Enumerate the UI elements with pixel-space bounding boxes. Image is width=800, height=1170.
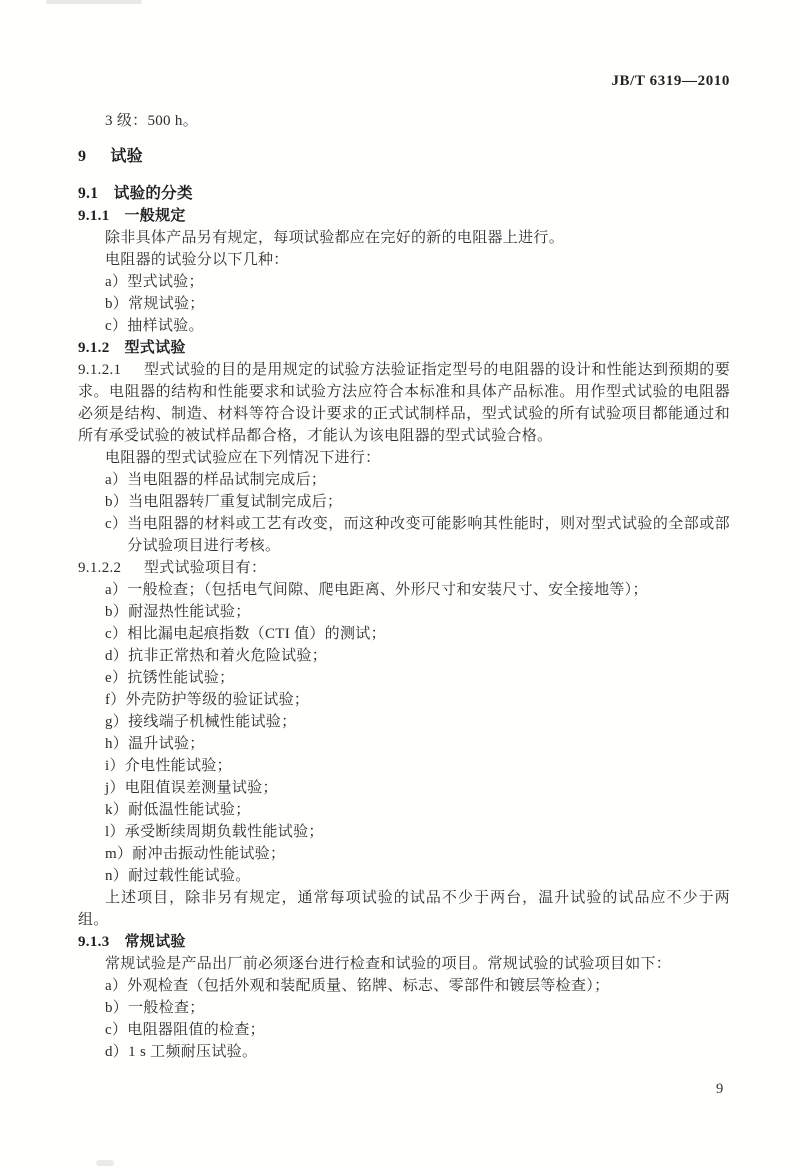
- list-item: d）抗非正常热和着火危险试验；: [78, 645, 730, 667]
- clause-text: 型式试验项目有：: [144, 560, 266, 576]
- list-item-text: 介电性能试验；: [125, 755, 730, 777]
- clause-9-1-2-1: 9.1.2.1型式试验的目的是用规定的试验方法验证指定型号的电阻器的设计和性能达…: [78, 359, 730, 447]
- list-item: b）常规试验；: [78, 293, 730, 315]
- list-item-text: 抗锈性能试验；: [127, 667, 730, 689]
- list-item-text: 相比漏电起痕指数（CTI 值）的测试；: [127, 623, 730, 645]
- heading-title: 试验: [110, 148, 143, 165]
- list-item-label: c）: [105, 1019, 127, 1041]
- list-item-text: 耐冲击振动性能试验；: [132, 843, 730, 865]
- list-item-text: 当电阻器的材料或工艺有改变，而这种改变可能影响其性能时，则对型式试验的全部或部分…: [127, 513, 730, 557]
- list-item-label: a）: [105, 469, 127, 491]
- list-item: f）外壳防护等级的验证试验；: [78, 689, 730, 711]
- list-item: l）承受断续周期负载性能试验；: [78, 821, 730, 843]
- heading-number: 9.1.2: [78, 340, 110, 356]
- paragraph: 电阻器的试验分以下几种：: [78, 249, 730, 271]
- section-9-1-3-heading: 9.1.3常规试验: [78, 931, 730, 953]
- list-item: m）耐冲击振动性能试验；: [78, 843, 730, 865]
- list-item-text: 型式试验；: [127, 271, 730, 293]
- list-item-text: 外观检查（包括外观和装配质量、铭牌、标志、零部件和镀层等检查）；: [127, 975, 730, 997]
- list-item: k）耐低温性能试验；: [78, 799, 730, 821]
- section-9-1-1-heading: 9.1.1一般规定: [78, 205, 730, 227]
- list-item-text: 电阻值误差测量试验；: [125, 777, 730, 799]
- list-item-text: 耐过载性能试验。: [128, 865, 730, 887]
- list-item-label: a）: [105, 271, 127, 293]
- heading-title: 一般规定: [125, 208, 186, 224]
- lead-line: 3 级：500 h。: [78, 110, 730, 132]
- list-item: e）抗锈性能试验；: [78, 667, 730, 689]
- list-item-label: b）: [105, 997, 128, 1019]
- list-item-text: 耐低温性能试验；: [128, 799, 730, 821]
- list-item-label: k）: [105, 799, 128, 821]
- list-item-label: h）: [105, 733, 128, 755]
- list-item-text: 接线端子机械性能试验；: [128, 711, 730, 733]
- list-item: h）温升试验；: [78, 733, 730, 755]
- list-item-text: 当电阻器的样品试制完成后；: [127, 469, 730, 491]
- clause-number: 9.1.2.1: [78, 362, 121, 378]
- clause-number: 9.1.2.2: [78, 560, 121, 576]
- heading-number: 9: [78, 148, 86, 165]
- heading-number: 9.1: [78, 185, 98, 202]
- list-item-label: a）: [105, 975, 127, 997]
- list-item-text: 抗非正常热和着火危险试验；: [128, 645, 730, 667]
- list-item-label: l）: [105, 821, 125, 843]
- list-item-text: 一般检查；（包括电气间隙、爬电距离、外形尺寸和安装尺寸、安全接地等）；: [127, 579, 730, 601]
- document-page: JB/T 6319—2010 3 级：500 h。 9试验 9.1试验的分类 9…: [0, 0, 800, 1170]
- list-item-text: 常规试验；: [128, 293, 730, 315]
- standard-number: JB/T 6319—2010: [78, 70, 730, 92]
- list-item: g）接线端子机械性能试验；: [78, 711, 730, 733]
- list-item: i）介电性能试验；: [78, 755, 730, 777]
- list-item-label: n）: [105, 865, 128, 887]
- list-item-label: b）: [105, 601, 128, 623]
- note-paragraph: 上述项目，除非另有规定，通常每项试验的试品不少于两台，温升试验的试品应不少于两组…: [78, 887, 730, 931]
- paragraph: 除非具体产品另有规定，每项试验都应在完好的新的电阻器上进行。: [78, 227, 730, 249]
- list-item: n）耐过载性能试验。: [78, 865, 730, 887]
- list-item-label: d）: [105, 645, 128, 667]
- list-item-label: a）: [105, 579, 127, 601]
- list-item: c）相比漏电起痕指数（CTI 值）的测试；: [78, 623, 730, 645]
- list-item-label: g）: [105, 711, 128, 733]
- scan-artifact-top: [46, 0, 142, 4]
- list-item-label: b）: [105, 293, 128, 315]
- heading-title: 试验的分类: [114, 185, 193, 202]
- list-item-label: i）: [105, 755, 125, 777]
- list-item: a）外观检查（包括外观和装配质量、铭牌、标志、零部件和镀层等检查）；: [78, 975, 730, 997]
- page-number: 9: [716, 1081, 723, 1098]
- list-item: c）抽样试验。: [78, 315, 730, 337]
- list-item-text: 承受断续周期负载性能试验；: [125, 821, 730, 843]
- list-item-label: d）: [105, 1041, 128, 1063]
- list-item-label: b）: [105, 491, 128, 513]
- list-item: b）当电阻器转厂重复试制完成后；: [78, 491, 730, 513]
- list-item: a）型式试验；: [78, 271, 730, 293]
- page-content: JB/T 6319—2010 3 级：500 h。 9试验 9.1试验的分类 9…: [78, 70, 730, 1063]
- clause-text: 型式试验的目的是用规定的试验方法验证指定型号的电阻器的设计和性能达到预期的要求。…: [78, 362, 730, 444]
- list-item-label: c）: [105, 315, 127, 337]
- section-9-1-heading: 9.1试验的分类: [78, 183, 730, 205]
- list-item-text: 温升试验；: [128, 733, 730, 755]
- scan-artifact-bottom: [96, 1160, 114, 1166]
- list-item-text: 外壳防护等级的验证试验；: [126, 689, 730, 711]
- list-item-label: m）: [105, 843, 132, 865]
- list-item-label: e）: [105, 667, 127, 689]
- list-item-label: c）: [105, 623, 127, 645]
- heading-title: 常规试验: [125, 934, 186, 950]
- section-9-heading: 9试验: [78, 146, 730, 168]
- clause-9-1-2-2: 9.1.2.2型式试验项目有：: [78, 557, 730, 579]
- list-item: j）电阻值误差测量试验；: [78, 777, 730, 799]
- paragraph: 电阻器的型式试验应在下列情况下进行：: [78, 447, 730, 469]
- heading-number: 9.1.1: [78, 208, 110, 224]
- paragraph: 常规试验是产品出厂前必须逐台进行检查和试验的项目。常规试验的试验项目如下：: [78, 953, 730, 975]
- list-item-text: 一般检查；: [128, 997, 730, 1019]
- list-item-label: j）: [105, 777, 125, 799]
- heading-number: 9.1.3: [78, 934, 110, 950]
- list-item-text: 1 s 工频耐压试验。: [128, 1041, 730, 1063]
- section-9-1-2-heading: 9.1.2型式试验: [78, 337, 730, 359]
- list-item-text: 抽样试验。: [127, 315, 730, 337]
- list-item-text: 电阻器阻值的检查；: [127, 1019, 730, 1041]
- list-item-label: f）: [105, 689, 126, 711]
- list-item: a）一般检查；（包括电气间隙、爬电距离、外形尺寸和安装尺寸、安全接地等）；: [78, 579, 730, 601]
- list-item-text: 当电阻器转厂重复试制完成后；: [128, 491, 730, 513]
- heading-title: 型式试验: [125, 340, 186, 356]
- list-item: b）耐湿热性能试验；: [78, 601, 730, 623]
- list-item-label: c）: [105, 513, 127, 557]
- list-item: c）当电阻器的材料或工艺有改变，而这种改变可能影响其性能时，则对型式试验的全部或…: [78, 513, 730, 557]
- list-item: b）一般检查；: [78, 997, 730, 1019]
- list-item: c）电阻器阻值的检查；: [78, 1019, 730, 1041]
- list-item: a）当电阻器的样品试制完成后；: [78, 469, 730, 491]
- list-item: d）1 s 工频耐压试验。: [78, 1041, 730, 1063]
- list-item-text: 耐湿热性能试验；: [128, 601, 730, 623]
